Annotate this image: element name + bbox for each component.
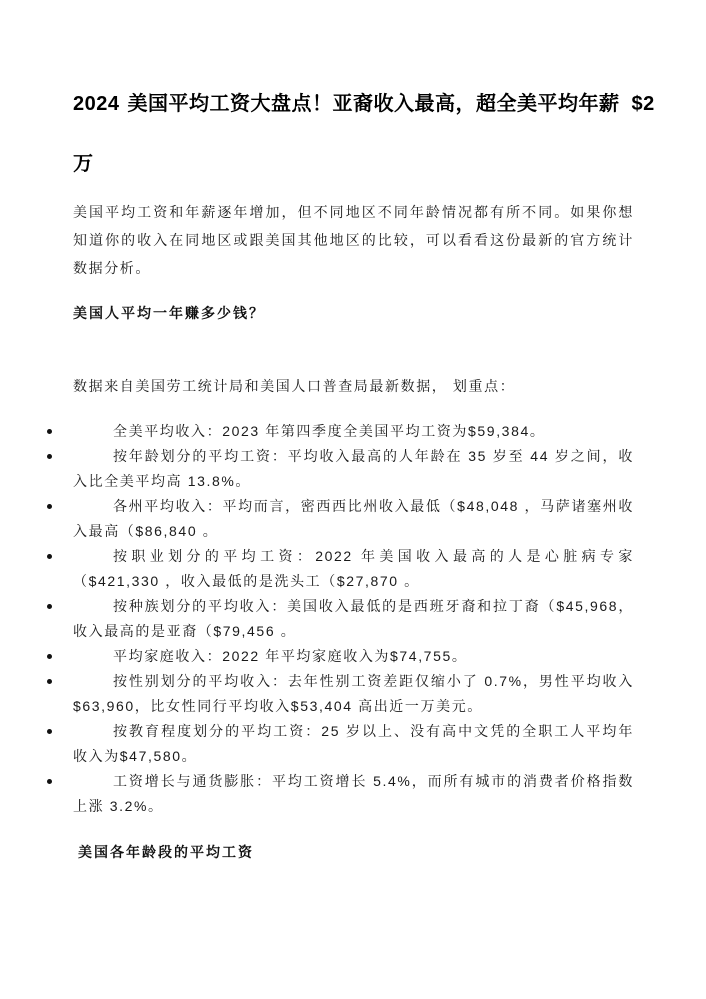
bullet-icon [47, 554, 52, 559]
list-item-text: 全美平均收入：2023 年第四季度全美国平均工资为$59,384。 [113, 423, 545, 439]
key-points-list: 全美平均收入：2023 年第四季度全美国平均工资为$59,384。 按年龄划分的… [73, 419, 634, 819]
section-heading-wages-by-age: 美国各年龄段的平均工资 [78, 841, 634, 863]
bullet-icon [47, 504, 52, 509]
list-item-text: 平均家庭收入：2022 年平均家庭收入为$74,755。 [113, 648, 467, 664]
title-year: 2024 [73, 93, 120, 115]
list-item: 按种族划分的平均收入：美国收入最低的是西班牙裔和拉丁裔（$45,968，收入最高… [73, 594, 634, 644]
title-main: 美国平均工资大盘点！亚裔收入最高，超全美平均年薪 [128, 93, 620, 115]
title-amount: $2 [632, 93, 655, 115]
section-heading-average-earnings: 美国人平均一年赚多少钱？ [73, 302, 634, 324]
list-item-text: 按职业划分的平均工资：2022 年美国收入最高的人是心脏病专家（$421,330… [73, 548, 634, 589]
list-item-text: 按年龄划分的平均工资：平均收入最高的人年龄在 35 岁至 44 岁之间，收入比全… [73, 448, 634, 489]
bullet-icon [47, 429, 52, 434]
document-page: 2024美国平均工资大盘点！亚裔收入最高，超全美平均年薪$2 万 美国平均工资和… [0, 0, 706, 999]
bullet-icon [47, 779, 52, 784]
list-item-text: 按性别划分的平均收入：去年性别工资差距仅缩小了 0.7%，男性平均收入$63,9… [73, 673, 634, 714]
list-item: 按教育程度划分的平均工资：25 岁以上、没有高中文凭的全职工人平均年收入为$47… [73, 719, 634, 769]
page-title-line1: 2024美国平均工资大盘点！亚裔收入最高，超全美平均年薪$2 [73, 93, 655, 115]
list-item: 按性别划分的平均收入：去年性别工资差距仅缩小了 0.7%，男性平均收入$63,9… [73, 669, 634, 719]
list-item: 按职业划分的平均工资：2022 年美国收入最高的人是心脏病专家（$421,330… [73, 544, 634, 594]
intro-paragraph: 美国平均工资和年薪逐年增加，但不同地区不同年龄情况都有所不同。如果你想知道你的收… [73, 198, 634, 282]
bullet-icon [47, 654, 52, 659]
list-item: 按年龄划分的平均工资：平均收入最高的人年龄在 35 岁至 44 岁之间，收入比全… [73, 444, 634, 494]
bullet-icon [47, 454, 52, 459]
list-item-text: 各州平均收入：平均而言，密西西比州收入最低（$48,048 ，马萨诸塞州收入最高… [73, 498, 634, 539]
bullet-icon [47, 729, 52, 734]
list-item-text: 按教育程度划分的平均工资：25 岁以上、没有高中文凭的全职工人平均年收入为$47… [73, 723, 634, 764]
list-item: 工资增长与通货膨胀：平均工资增长 5.4%，而所有城市的消费者价格指数上涨 3.… [73, 769, 634, 819]
list-item: 各州平均收入：平均而言，密西西比州收入最低（$48,048 ，马萨诸塞州收入最高… [73, 494, 634, 544]
bullet-icon [47, 604, 52, 609]
list-item-text: 按种族划分的平均收入：美国收入最低的是西班牙裔和拉丁裔（$45,968，收入最高… [73, 598, 634, 639]
page-title: 2024美国平均工资大盘点！亚裔收入最高，超全美平均年薪$2 万 [73, 74, 634, 194]
bullet-icon [47, 679, 52, 684]
list-item-text: 工资增长与通货膨胀：平均工资增长 5.4%，而所有城市的消费者价格指数上涨 3.… [73, 773, 634, 814]
list-item: 全美平均收入：2023 年第四季度全美国平均工资为$59,384。 [73, 419, 634, 444]
data-source-line: 数据来自美国劳工统计局和美国人口普查局最新数据， 划重点： [73, 372, 634, 400]
title-suffix: 万 [73, 134, 634, 194]
list-item: 平均家庭收入：2022 年平均家庭收入为$74,755。 [73, 644, 634, 669]
